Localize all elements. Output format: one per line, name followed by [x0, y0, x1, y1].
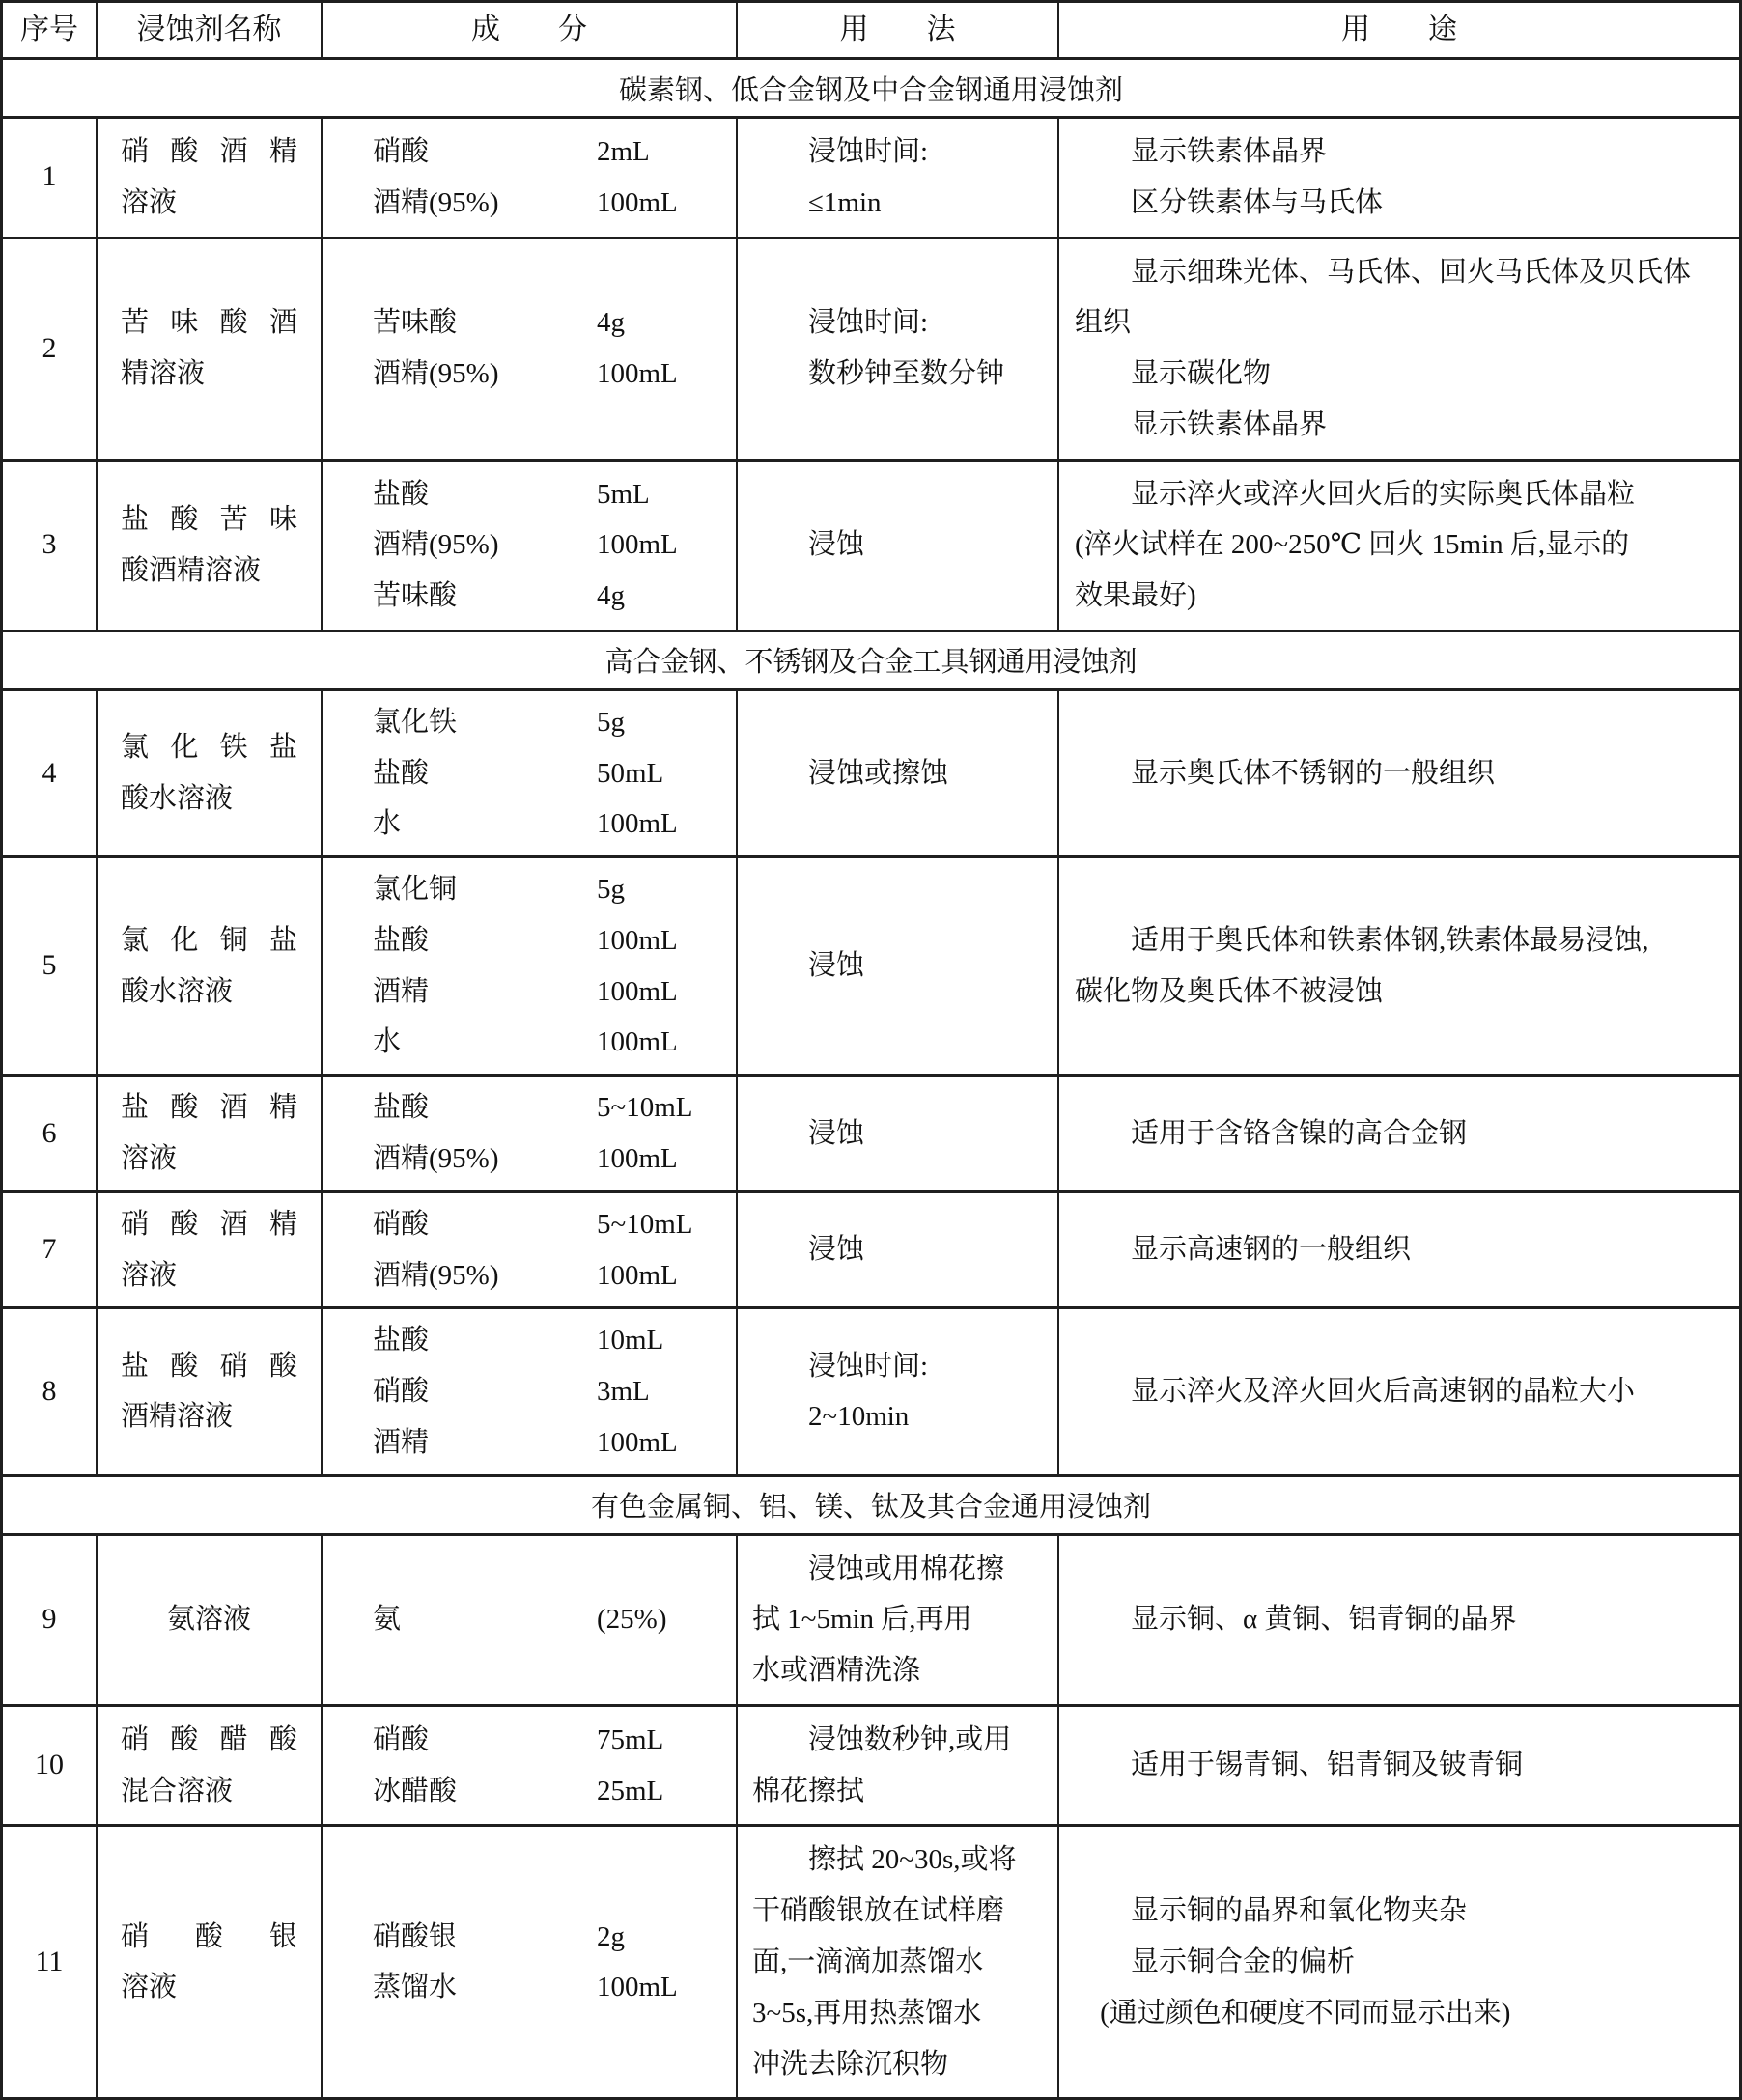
etchant-name-line: 溶液 — [121, 1962, 297, 2013]
component-amount: 25mL — [597, 1766, 726, 1817]
etchant-name-line: 硝酸银 — [121, 1912, 297, 1963]
component-amount: 100mL — [597, 1017, 726, 1068]
components-cell: 硝酸75mL冰醋酸25mL — [321, 1707, 736, 1825]
data-row: 2苦味酸酒精溶液苦味酸4g酒精(95%)100mL浸蚀时间:数秒钟至数分钟显示细… — [3, 237, 1739, 459]
row-number: 10 — [35, 1739, 64, 1792]
purpose-text: 显示铁素体晶界 — [1075, 400, 1724, 451]
components-cell: 盐酸5~10mL酒精(95%)100mL — [321, 1077, 736, 1190]
row-number: 7 — [42, 1223, 57, 1276]
usage-cell: 浸蚀 — [736, 462, 1057, 630]
etchant-name-line: 硝酸酒精 — [121, 1199, 297, 1250]
component-name: 硝酸 — [373, 126, 597, 178]
row-number: 2 — [42, 322, 57, 376]
etchant-name-cell: 盐酸苦味酸酒精溶液 — [96, 462, 321, 630]
component-name: 酒精(95%) — [373, 1134, 597, 1185]
row-number: 9 — [42, 1593, 57, 1646]
data-row: 1硝酸酒精溶液硝酸2mL酒精(95%)100mL浸蚀时间:≤1min显示铁素体晶… — [3, 116, 1739, 237]
section-title: 有色金属铜、铝、镁、钛及其合金通用浸蚀剂 — [591, 1485, 1151, 1525]
etchant-name-line: 苦味酸酒 — [121, 297, 297, 349]
usage-text: 浸蚀时间: — [752, 1341, 1043, 1392]
header-row: 序号浸蚀剂名称成 分用 法用 途 — [3, 3, 1739, 57]
section-header-row: 高合金钢、不锈钢及合金工具钢通用浸蚀剂 — [3, 630, 1739, 688]
usage-text: 浸蚀 — [752, 940, 1043, 992]
usage-text: 浸蚀 — [752, 519, 1043, 571]
purpose-text: 显示铁素体晶界 — [1075, 126, 1724, 178]
usage-text: 浸蚀或擦蚀 — [752, 748, 1043, 799]
component-row: 硝酸75mL — [373, 1715, 726, 1766]
etchant-name-line: 盐酸苦味 — [121, 494, 297, 546]
purpose-text: (通过颜色和硬度不同而显示出来) — [1075, 1988, 1724, 2039]
purpose-text: 显示铜合金的偏析 — [1075, 1937, 1724, 1988]
component-amount: 100mL — [597, 966, 726, 1018]
components-cell: 苦味酸4g酒精(95%)100mL — [321, 239, 736, 459]
row-number-cell: 10 — [3, 1707, 96, 1825]
component-amount: 2mL — [597, 126, 726, 178]
component-amount: 2g — [597, 1912, 726, 1963]
component-name: 硝酸 — [373, 1199, 597, 1250]
etchant-name-line: 酸水溶液 — [121, 966, 297, 1018]
etchant-name-cell: 硝酸酒精溶液 — [96, 119, 321, 237]
usage-text: ≤1min — [752, 178, 1043, 229]
component-name: 苦味酸 — [373, 297, 597, 349]
row-number-cell: 6 — [3, 1077, 96, 1190]
section-header-row: 碳素钢、低合金钢及中合金钢通用浸蚀剂 — [3, 57, 1739, 116]
row-number-cell: 1 — [3, 119, 96, 237]
purpose-text: 显示高速钢的一般组织 — [1075, 1224, 1724, 1275]
components-cell: 盐酸10mL硝酸3mL酒精100mL — [321, 1309, 736, 1473]
purpose-text: 显示碳化物 — [1075, 349, 1724, 400]
purpose-cell: 显示细珠光体、马氏体、回火马氏体及贝氏体 组织显示碳化物显示铁素体晶界 — [1057, 239, 1739, 459]
component-row: 氯化铜5g — [373, 864, 726, 915]
col-header-name: 浸蚀剂名称 — [96, 3, 321, 57]
data-row: 9氨溶液氨(25%)浸蚀或用棉花擦 拭 1~5min 后,再用 水或酒精洗涤显示… — [3, 1533, 1739, 1704]
etchant-name-line: 酒精溶液 — [121, 1391, 297, 1442]
purpose-text: 显示奥氏体不锈钢的一般组织 — [1075, 748, 1724, 799]
component-amount: 100mL — [597, 915, 726, 966]
usage-text: 浸蚀 — [752, 1108, 1043, 1160]
etchant-name-cell: 硝酸醋酸混合溶液 — [96, 1707, 321, 1825]
usage-cell: 浸蚀数秒钟,或用 棉花擦拭 — [736, 1707, 1057, 1825]
row-number-cell: 8 — [3, 1309, 96, 1473]
purpose-cell: 显示铜、α 黄铜、铝青铜的晶界 — [1057, 1536, 1739, 1704]
component-row: 硝酸3mL — [373, 1366, 726, 1417]
data-row: 3盐酸苦味酸酒精溶液盐酸5mL酒精(95%)100mL苦味酸4g浸蚀显示淬火或淬… — [3, 459, 1739, 630]
etchant-name-line: 酸水溶液 — [121, 773, 297, 825]
usage-cell: 浸蚀或用棉花擦 拭 1~5min 后,再用 水或酒精洗涤 — [736, 1536, 1057, 1704]
component-row: 硝酸2mL — [373, 126, 726, 178]
data-row: 8盐酸硝酸酒精溶液盐酸10mL硝酸3mL酒精100mL浸蚀时间:2~10min显… — [3, 1306, 1739, 1473]
component-name: 水 — [373, 1017, 597, 1068]
etchant-name-line: 溶液 — [121, 1250, 297, 1302]
component-row: 盐酸5~10mL — [373, 1082, 726, 1134]
purpose-cell: 显示淬火或淬火回火后的实际奥氏体晶粒 (淬火试样在 200~250℃ 回火 15… — [1057, 462, 1739, 630]
component-row: 盐酸5mL — [373, 469, 726, 520]
component-row: 盐酸50mL — [373, 748, 726, 799]
component-amount: 5g — [597, 864, 726, 915]
component-row: 水100mL — [373, 1017, 726, 1068]
row-number-cell: 4 — [3, 691, 96, 855]
component-name: 蒸馏水 — [373, 1962, 597, 2013]
section-header-row: 有色金属铜、铝、镁、钛及其合金通用浸蚀剂 — [3, 1474, 1739, 1533]
component-name: 氯化铜 — [373, 864, 597, 915]
usage-text: 2~10min — [752, 1391, 1043, 1442]
purpose-text: 适用于锡青铜、铝青铜及铍青铜 — [1075, 1740, 1724, 1791]
component-amount: 50mL — [597, 748, 726, 799]
row-number: 4 — [42, 747, 57, 800]
row-number: 6 — [42, 1107, 57, 1161]
usage-text: 浸蚀或用棉花擦 拭 1~5min 后,再用 水或酒精洗涤 — [752, 1544, 1043, 1696]
row-number-cell: 2 — [3, 239, 96, 459]
etchant-name-cell: 盐酸酒精溶液 — [96, 1077, 321, 1190]
row-number: 5 — [42, 939, 57, 993]
component-row: 苦味酸4g — [373, 571, 726, 622]
row-number-cell: 7 — [3, 1193, 96, 1307]
usage-text: 数秒钟至数分钟 — [752, 349, 1043, 400]
component-amount: 100mL — [597, 519, 726, 571]
etchant-name-line: 酸酒精溶液 — [121, 546, 297, 597]
usage-cell: 浸蚀时间:≤1min — [736, 119, 1057, 237]
purpose-cell: 适用于奥氏体和铁素体钢,铁素体最易浸蚀, 碳化物及奥氏体不被浸蚀 — [1057, 858, 1739, 1074]
usage-cell: 浸蚀 — [736, 1077, 1057, 1190]
component-row: 酒精100mL — [373, 1417, 726, 1469]
component-amount: 5g — [597, 697, 726, 748]
component-name: 冰醋酸 — [373, 1766, 597, 1817]
component-name: 酒精 — [373, 966, 597, 1018]
data-row: 5氯化铜盐酸水溶液氯化铜5g盐酸100mL酒精100mL水100mL浸蚀适用于奥… — [3, 855, 1739, 1074]
component-name: 酒精(95%) — [373, 1250, 597, 1302]
component-row: 苦味酸4g — [373, 297, 726, 349]
component-name: 硝酸 — [373, 1366, 597, 1417]
purpose-text: 显示细珠光体、马氏体、回火马氏体及贝氏体 组织 — [1075, 247, 1724, 350]
component-row: 酒精(95%)100mL — [373, 519, 726, 571]
usage-text: 浸蚀时间: — [752, 297, 1043, 349]
components-cell: 硝酸5~10mL酒精(95%)100mL — [321, 1193, 736, 1307]
data-row: 7硝酸酒精溶液硝酸5~10mL酒精(95%)100mL浸蚀显示高速钢的一般组织 — [3, 1190, 1739, 1307]
etchant-name-cell: 盐酸硝酸酒精溶液 — [96, 1309, 321, 1473]
usage-cell: 擦拭 20~30s,或将 干硝酸银放在试样磨 面,一滴滴加蒸馏水 3~5s,再用… — [736, 1827, 1057, 2097]
purpose-cell: 显示奥氏体不锈钢的一般组织 — [1057, 691, 1739, 855]
etchant-name-line: 盐酸酒精 — [121, 1082, 297, 1134]
component-name: 酒精 — [373, 1417, 597, 1469]
row-number: 11 — [36, 1936, 64, 1989]
component-amount: 75mL — [597, 1715, 726, 1766]
row-number: 1 — [42, 151, 57, 204]
usage-cell: 浸蚀时间:2~10min — [736, 1309, 1057, 1473]
component-name: 水 — [373, 798, 597, 850]
purpose-text: 显示淬火或淬火回火后的实际奥氏体晶粒 (淬火试样在 200~250℃ 回火 15… — [1075, 469, 1724, 622]
component-name: 硝酸银 — [373, 1912, 597, 1963]
component-row: 酒精(95%)100mL — [373, 178, 726, 229]
data-row: 4氯化铁盐酸水溶液氯化铁5g盐酸50mL水100mL浸蚀或擦蚀显示奥氏体不锈钢的… — [3, 688, 1739, 855]
etchant-name-line: 氯化铜盐 — [121, 915, 297, 966]
component-row: 酒精(95%)100mL — [373, 349, 726, 400]
section-title: 高合金钢、不锈钢及合金工具钢通用浸蚀剂 — [604, 640, 1137, 680]
component-amount: 100mL — [597, 178, 726, 229]
purpose-cell: 显示高速钢的一般组织 — [1057, 1193, 1739, 1307]
etchant-name-cell: 氯化铜盐酸水溶液 — [96, 858, 321, 1074]
usage-cell: 浸蚀时间:数秒钟至数分钟 — [736, 239, 1057, 459]
component-amount: 3mL — [597, 1366, 726, 1417]
components-cell: 硝酸2mL酒精(95%)100mL — [321, 119, 736, 237]
etchant-name-line: 盐酸硝酸 — [121, 1341, 297, 1392]
component-row: 蒸馏水100mL — [373, 1962, 726, 2013]
usage-cell: 浸蚀或擦蚀 — [736, 691, 1057, 855]
component-name: 氨 — [373, 1594, 597, 1645]
component-name: 盐酸 — [373, 469, 597, 520]
component-row: 氨(25%) — [373, 1594, 726, 1645]
component-amount: 5~10mL — [597, 1199, 726, 1250]
component-row: 酒精(95%)100mL — [373, 1134, 726, 1185]
etchant-name-line: 硝酸酒精 — [121, 126, 297, 178]
components-cell: 硝酸银2g蒸馏水100mL — [321, 1827, 736, 2097]
etchant-name-cell: 氨溶液 — [96, 1536, 321, 1704]
data-row: 6盐酸酒精溶液盐酸5~10mL酒精(95%)100mL浸蚀适用于含铬含镍的高合金… — [3, 1074, 1739, 1190]
component-name: 硝酸 — [373, 1715, 597, 1766]
section-title: 碳素钢、低合金钢及中合金钢通用浸蚀剂 — [619, 69, 1123, 108]
etchant-name-line: 硝酸醋酸 — [121, 1715, 297, 1766]
component-name: 盐酸 — [373, 1082, 597, 1134]
component-name: 氯化铁 — [373, 697, 597, 748]
col-header-usage: 用 法 — [736, 3, 1057, 57]
component-name: 盐酸 — [373, 748, 597, 799]
component-amount: 100mL — [597, 349, 726, 400]
component-name: 酒精(95%) — [373, 519, 597, 571]
component-row: 水100mL — [373, 798, 726, 850]
etchant-name-cell: 硝酸银溶液 — [96, 1827, 321, 2097]
row-number-cell: 5 — [3, 858, 96, 1074]
usage-cell: 浸蚀 — [736, 858, 1057, 1074]
purpose-text: 显示淬火及淬火回火后高速钢的晶粒大小 — [1075, 1366, 1724, 1417]
row-number: 8 — [42, 1365, 57, 1418]
components-cell: 盐酸5mL酒精(95%)100mL苦味酸4g — [321, 462, 736, 630]
usage-text: 浸蚀时间: — [752, 126, 1043, 178]
etchant-name-cell: 硝酸酒精溶液 — [96, 1193, 321, 1307]
component-row: 酒精100mL — [373, 966, 726, 1018]
usage-text: 浸蚀 — [752, 1224, 1043, 1275]
component-row: 硝酸5~10mL — [373, 1199, 726, 1250]
component-name: 酒精(95%) — [373, 178, 597, 229]
component-name: 盐酸 — [373, 915, 597, 966]
component-row: 硝酸银2g — [373, 1912, 726, 1963]
etchant-name-line: 氯化铁盐 — [121, 722, 297, 773]
etchant-name-line: 溶液 — [121, 178, 297, 229]
component-amount: 100mL — [597, 798, 726, 850]
component-name: 盐酸 — [373, 1315, 597, 1366]
col-header-no: 序号 — [3, 3, 96, 57]
usage-text: 浸蚀数秒钟,或用 棉花擦拭 — [752, 1715, 1043, 1817]
row-number-cell: 11 — [3, 1827, 96, 2097]
col-header-purpose: 用 途 — [1057, 3, 1739, 57]
components-cell: 氯化铁5g盐酸50mL水100mL — [321, 691, 736, 855]
etchant-table: 序号浸蚀剂名称成 分用 法用 途碳素钢、低合金钢及中合金钢通用浸蚀剂1硝酸酒精溶… — [0, 0, 1742, 2100]
etchant-name-line: 溶液 — [121, 1134, 297, 1185]
components-cell: 氯化铜5g盐酸100mL酒精100mL水100mL — [321, 858, 736, 1074]
component-amount: 5mL — [597, 469, 726, 520]
purpose-cell: 显示淬火及淬火回火后高速钢的晶粒大小 — [1057, 1309, 1739, 1473]
component-amount: 100mL — [597, 1962, 726, 2013]
components-cell: 氨(25%) — [321, 1536, 736, 1704]
component-row: 酒精(95%)100mL — [373, 1250, 726, 1302]
component-name: 苦味酸 — [373, 571, 597, 622]
usage-text: 擦拭 20~30s,或将 干硝酸银放在试样磨 面,一滴滴加蒸馏水 3~5s,再用… — [752, 1834, 1043, 2089]
purpose-text: 适用于含铬含镍的高合金钢 — [1075, 1108, 1724, 1160]
purpose-cell: 显示铁素体晶界区分铁素体与马氏体 — [1057, 119, 1739, 237]
etchant-name-line: 混合溶液 — [121, 1766, 297, 1817]
etchant-name-line: 氨溶液 — [121, 1594, 297, 1645]
component-row: 盐酸100mL — [373, 915, 726, 966]
purpose-cell: 适用于锡青铜、铝青铜及铍青铜 — [1057, 1707, 1739, 1825]
component-amount: (25%) — [597, 1594, 726, 1645]
component-amount: 100mL — [597, 1417, 726, 1469]
row-number-cell: 3 — [3, 462, 96, 630]
component-amount: 4g — [597, 571, 726, 622]
component-amount: 4g — [597, 297, 726, 349]
component-row: 氯化铁5g — [373, 697, 726, 748]
data-row: 11硝酸银溶液硝酸银2g蒸馏水100mL擦拭 20~30s,或将 干硝酸银放在试… — [3, 1824, 1739, 2097]
component-name: 酒精(95%) — [373, 349, 597, 400]
row-number-cell: 9 — [3, 1536, 96, 1704]
purpose-text: 显示铜、α 黄铜、铝青铜的晶界 — [1075, 1594, 1724, 1645]
row-number: 3 — [42, 518, 57, 572]
purpose-cell: 显示铜的晶界和氧化物夹杂显示铜合金的偏析(通过颜色和硬度不同而显示出来) — [1057, 1827, 1739, 2097]
component-amount: 5~10mL — [597, 1082, 726, 1134]
component-amount: 10mL — [597, 1315, 726, 1366]
col-header-components: 成 分 — [321, 3, 736, 57]
purpose-cell: 适用于含铬含镍的高合金钢 — [1057, 1077, 1739, 1190]
component-row: 冰醋酸25mL — [373, 1766, 726, 1817]
purpose-text: 适用于奥氏体和铁素体钢,铁素体最易浸蚀, 碳化物及奥氏体不被浸蚀 — [1075, 915, 1724, 1018]
usage-cell: 浸蚀 — [736, 1193, 1057, 1307]
purpose-text: 区分铁素体与马氏体 — [1075, 178, 1724, 229]
etchant-name-line: 精溶液 — [121, 349, 297, 400]
component-row: 盐酸10mL — [373, 1315, 726, 1366]
component-amount: 100mL — [597, 1134, 726, 1185]
purpose-text: 显示铜的晶界和氧化物夹杂 — [1075, 1886, 1724, 1937]
component-amount: 100mL — [597, 1250, 726, 1302]
etchant-name-cell: 氯化铁盐酸水溶液 — [96, 691, 321, 855]
data-row: 10硝酸醋酸混合溶液硝酸75mL冰醋酸25mL浸蚀数秒钟,或用 棉花擦拭适用于锡… — [3, 1704, 1739, 1825]
etchant-name-cell: 苦味酸酒精溶液 — [96, 239, 321, 459]
